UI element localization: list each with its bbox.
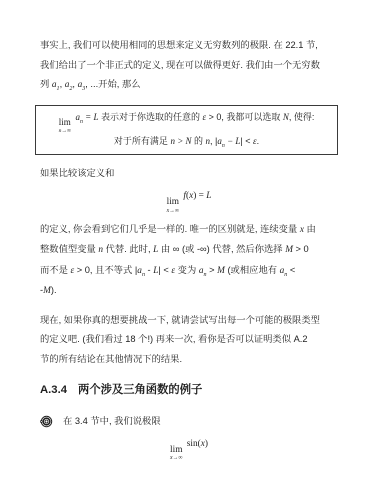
text-line: -M). xyxy=(40,281,338,302)
paragraph-comparison: 的定义, 你会看到它们几乎是一样的. 唯一的区别就是, 连续变量 x 由 整数值… xyxy=(40,220,338,302)
text-line: 事实上, 我们可以使用相同的思想来定义无穷数列的极限. 在 22.1 节, xyxy=(40,36,338,56)
book-page: 事实上, 我们可以使用相同的思想来定义无穷数列的极限. 在 22.1 节, 我们… xyxy=(0,0,370,480)
text-line: 节的所有结论在其他情况下的结果. xyxy=(40,350,338,370)
limit-operator: limx→∞ xyxy=(170,446,182,463)
text-line: 的定义, 你会看到它们几乎是一样的. 唯一的区别就是, 连续变量 x 由 xyxy=(40,220,338,241)
definition-line-1: limn→∞ an = L 表示对于你选取的任意的 ε > 0, 我都可以选取 … xyxy=(40,110,333,135)
text-line: 现在, 如果你真的想要挑战一下, 就请尝试写出每一个可能的极限类型 xyxy=(40,311,338,331)
paragraph-trig-intro: 在 3.4 节中, 我们说极限 xyxy=(40,412,338,432)
display-formula-fx-limit: limx→∞ f(x) = L xyxy=(40,187,338,215)
text-line: 我们给出了一个非正式的定义, 现在可以做得更好. 我们由一个无穷数 xyxy=(40,56,338,76)
compare-line: 如果比较该定义和 xyxy=(40,164,338,184)
section-number: A.3.4 xyxy=(40,384,67,396)
definition-box: limn→∞ an = L 表示对于你选取的任意的 ε > 0, 我都可以选取 … xyxy=(35,105,338,156)
display-formula-sin-limit: limx→∞ sin(x) xyxy=(40,435,338,463)
text-line: 在 3.4 节中, 我们说极限 xyxy=(63,412,161,432)
text-line: 整数值型变量 n 代替. 此时, L 由 ∞ (或 -∞) 代替, 然后你选择 … xyxy=(40,240,338,261)
text-line: 而不是 ε > 0, 且不等式 |an - L| < ε 变为 an > M (… xyxy=(40,261,338,282)
section-title: 两个涉及三角函数的例子 xyxy=(78,384,202,396)
section-heading: A.3.4两个涉及三角函数的例子 xyxy=(40,382,338,398)
text-line: 的定义吧. (我们看过 18 个!) 再来一次, 看你是否可以证明类似 A.2 xyxy=(40,330,338,350)
definition-line-2: 对于所有满足 n > N 的 n, |an − L| < ε. xyxy=(40,134,333,149)
lifesaver-icon xyxy=(40,415,53,428)
text-line: 列 a1, a2, a3, ...开始, 那么 xyxy=(40,75,338,96)
paragraph-challenge: 现在, 如果你真的想要挑战一下, 就请尝试写出每一个可能的极限类型 的定义吧. … xyxy=(40,311,338,370)
limit-operator: limx→∞ xyxy=(167,198,179,215)
limit-operator: limn→∞ xyxy=(59,118,71,134)
paragraph-intro: 事实上, 我们可以使用相同的思想来定义无穷数列的极限. 在 22.1 节, 我们… xyxy=(40,36,338,96)
